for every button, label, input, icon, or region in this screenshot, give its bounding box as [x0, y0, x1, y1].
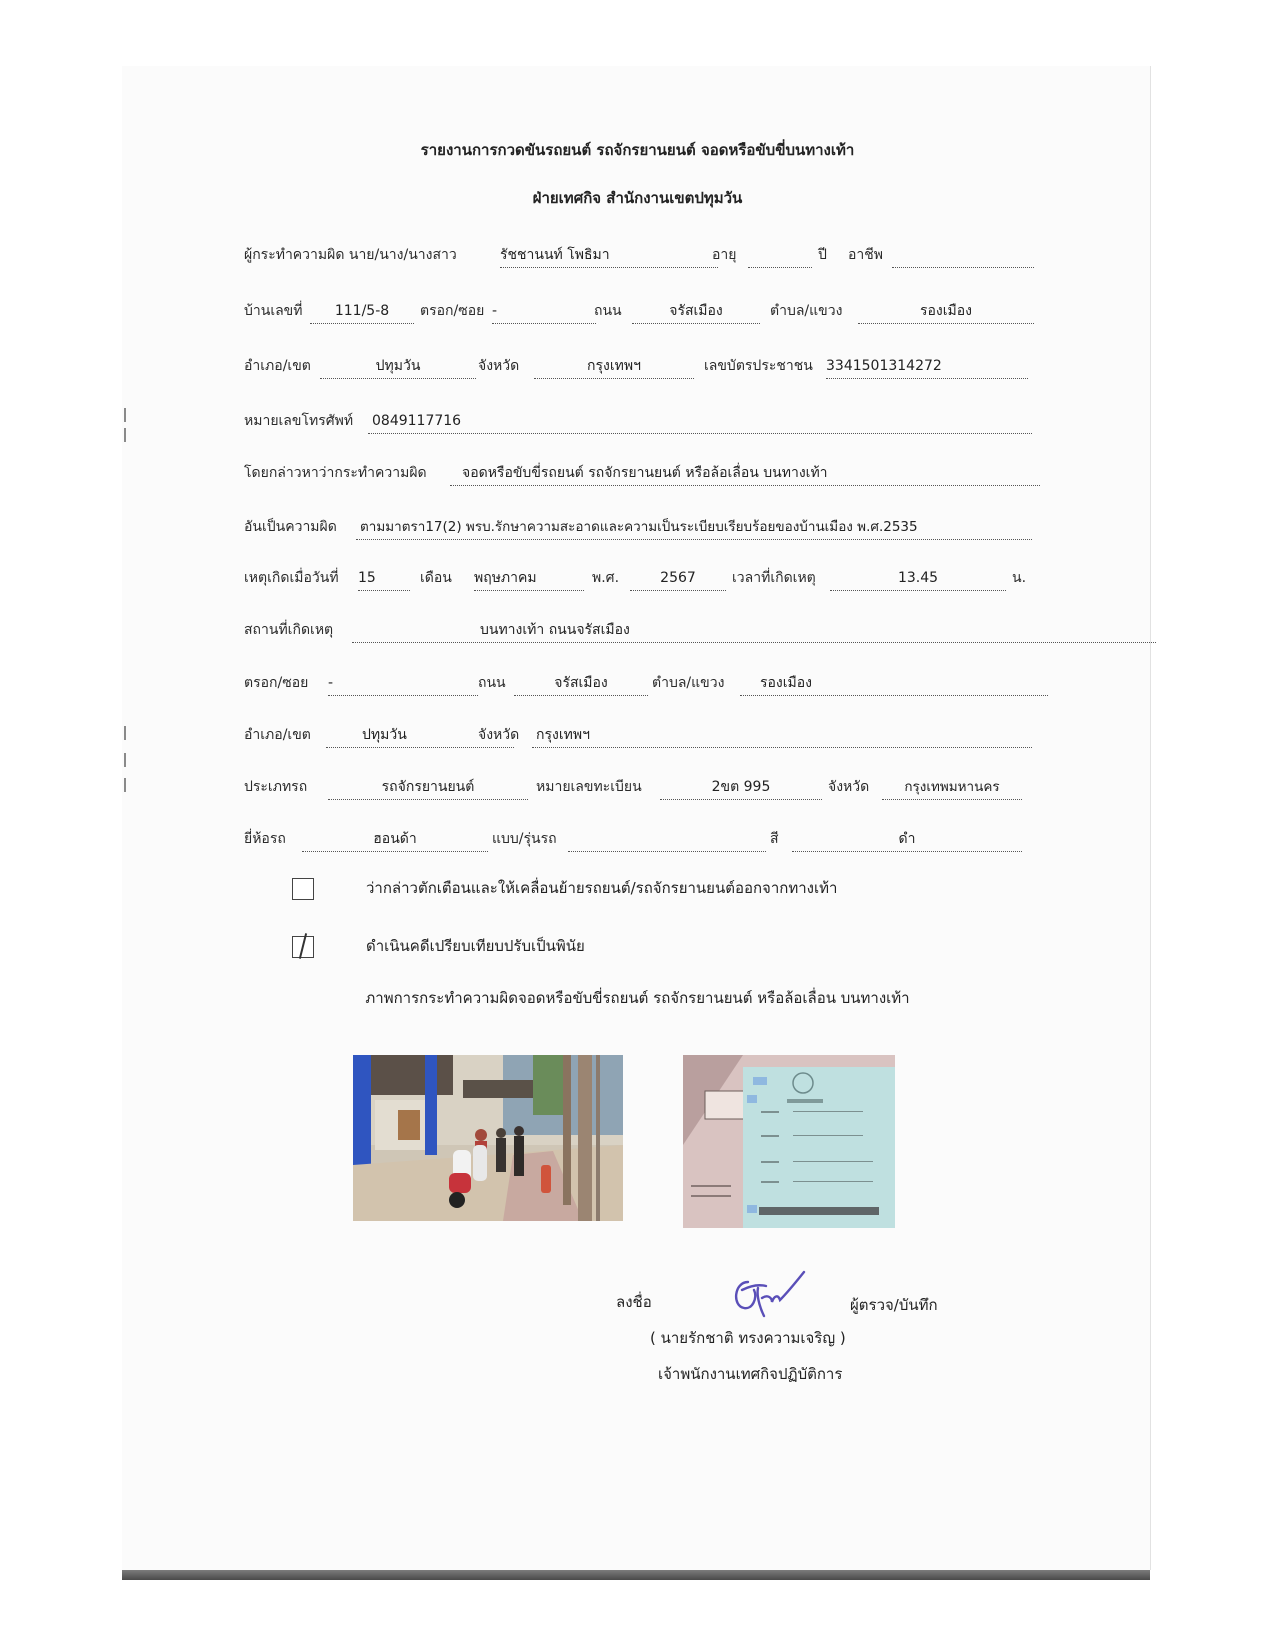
row-vehicle-brand: ยี่ห้อรถ ฮอนด้า แบบ/รุ่นรถ สี ดำ: [252, 824, 1032, 852]
label-subdistrict: ตำบล/แขวง: [770, 300, 842, 322]
field-time[interactable]: 13.45: [830, 566, 1006, 591]
label-accused: โดยกล่าวหาว่ากระทำความผิด: [244, 462, 427, 484]
label-province: จังหวัด: [478, 355, 519, 377]
label-road: ถนน: [594, 300, 622, 322]
field-province[interactable]: กรุงเทพฯ: [534, 354, 694, 379]
label-phone: หมายเลขโทรศัพท์: [244, 410, 353, 432]
field-location[interactable]: บนทางเท้า ถนนจรัสเมือง: [352, 618, 1156, 643]
binder-mark: [124, 726, 126, 740]
field-location-subdistrict[interactable]: รองเมือง: [740, 671, 1048, 696]
label-offender: ผู้กระทำความผิด นาย/นาง/นางสาว: [244, 244, 457, 266]
checkbox-warn[interactable]: [292, 878, 314, 900]
label-id-card: เลขบัตรประชาชน: [704, 355, 813, 377]
label-time: เวลาที่เกิดเหตุ: [732, 567, 816, 589]
field-district[interactable]: ปทุมวัน: [320, 354, 476, 379]
label-district: อำเภอ/เขต: [244, 355, 311, 377]
row-phone: หมายเลขโทรศัพท์ 0849117716: [252, 406, 1032, 434]
row-offender: ผู้กระทำความผิด นาย/นาง/นางสาว รัชชานนท์…: [252, 240, 1032, 268]
label-location: สถานที่เกิดเหตุ: [244, 619, 333, 641]
label-years: ปี: [818, 244, 827, 266]
action-fine-label: ดำเนินคดีเปรียบเทียบปรับเป็นพินัย: [366, 934, 585, 958]
label-soi: ตรอก/ซอย: [420, 300, 484, 322]
checkbox-fine[interactable]: [292, 936, 314, 958]
label-color: สี: [770, 828, 779, 850]
field-occupation[interactable]: [892, 243, 1034, 268]
row-district: อำเภอ/เขต ปทุมวัน จังหวัด กรุงเทพฯ เลขบั…: [252, 351, 1032, 379]
row-location-district: อำเภอ/เขต ปทุมวัน จังหวัด กรุงเทพฯ: [252, 720, 1032, 748]
label-year: พ.ศ.: [592, 567, 619, 589]
field-model[interactable]: [568, 827, 766, 852]
label-month: เดือน: [420, 567, 452, 589]
scanned-page: [122, 66, 1151, 1570]
label-location-road: ถนน: [478, 672, 506, 694]
label-time-unit: น.: [1012, 567, 1026, 589]
row-vehicle-type: ประเภทรถ รถจักรยานยนต์ หมายเลขทะเบียน 2ข…: [252, 772, 1032, 800]
binder-mark: [124, 408, 126, 422]
field-color[interactable]: ดำ: [792, 827, 1022, 852]
field-location-province[interactable]: กรุงเทพฯ: [532, 723, 1032, 748]
field-brand[interactable]: ฮอนด้า: [302, 827, 488, 852]
signature-role: ผู้ตรวจ/บันทึก: [850, 1293, 938, 1317]
evidence-photo-receipt: [683, 1055, 895, 1228]
field-plate-province[interactable]: กรุงเทพมหานคร: [882, 775, 1022, 800]
label-house-no: บ้านเลขที่: [244, 300, 302, 322]
field-violation[interactable]: ตามมาตรา17(2) พรบ.รักษาความสะอาดและความเ…: [356, 515, 1032, 540]
label-location-district: อำเภอ/เขต: [244, 724, 311, 746]
field-month[interactable]: พฤษภาคม: [474, 566, 584, 591]
action-warn-label: ว่ากล่าวตักเตือนและให้เคลื่อนย้ายรถยนต์/…: [366, 876, 837, 900]
field-year[interactable]: 2567: [630, 566, 726, 591]
field-vehicle-type[interactable]: รถจักรยานยนต์: [328, 775, 528, 800]
evidence-photo-street: [353, 1055, 623, 1221]
field-soi[interactable]: -: [492, 299, 596, 324]
signatory-name: ( นายรักชาติ ทรงความเจริญ ): [650, 1326, 846, 1350]
label-violation: อันเป็นความผิด: [244, 516, 337, 538]
field-accused[interactable]: จอดหรือขับขี่รถยนต์ รถจักรยานยนต์ หรือล้…: [450, 461, 1040, 486]
document-subtitle: ฝ่ายเทศกิจ สำนักงานเขตปทุมวัน: [0, 186, 1275, 210]
field-location-road[interactable]: จรัสเมือง: [514, 671, 648, 696]
field-offender-name[interactable]: รัชชานนท์ โพธิมา: [500, 243, 718, 268]
row-location-road: ตรอก/ซอย - ถนน จรัสเมือง ตำบล/แขวง รองเม…: [252, 668, 1032, 696]
label-occupation: อาชีพ: [848, 244, 883, 266]
field-house-no[interactable]: 111/5-8: [310, 299, 414, 324]
photos-caption: ภาพการกระทำความผิดจอดหรือขับขี่รถยนต์ รถ…: [0, 986, 1275, 1010]
label-brand: ยี่ห้อรถ: [244, 828, 286, 850]
label-age: อายุ: [712, 244, 736, 266]
binder-mark: [124, 428, 126, 442]
row-accused: โดยกล่าวหาว่ากระทำความผิด จอดหรือขับขี่ร…: [252, 458, 1032, 486]
field-subdistrict[interactable]: รองเมือง: [858, 299, 1034, 324]
field-id-card[interactable]: 3341501314272: [826, 354, 1028, 379]
row-location: สถานที่เกิดเหตุ บนทางเท้า ถนนจรัสเมือง: [252, 615, 1032, 643]
receipt-document-image: [683, 1055, 895, 1228]
binder-mark: [124, 778, 126, 792]
signature-label: ลงชื่อ: [616, 1290, 652, 1314]
label-location-soi: ตรอก/ซอย: [244, 672, 308, 694]
street-scene-image: [353, 1055, 623, 1221]
label-plate: หมายเลขทะเบียน: [536, 776, 642, 798]
binder-mark: [124, 753, 126, 767]
field-road[interactable]: จรัสเมือง: [632, 299, 760, 324]
row-violation: อันเป็นความผิด ตามมาตรา17(2) พรบ.รักษาคว…: [252, 512, 1032, 540]
row-address: บ้านเลขที่ 111/5-8 ตรอก/ซอย - ถนน จรัสเม…: [252, 296, 1032, 324]
signatory-position: เจ้าพนักงานเทศกิจปฏิบัติการ: [658, 1362, 842, 1386]
signature-mark: [728, 1268, 808, 1320]
label-location-subdistrict: ตำบล/แขวง: [652, 672, 724, 694]
label-model: แบบ/รุ่นรถ: [492, 828, 557, 850]
document-title: รายงานการกวดขันรถยนต์ รถจักรยานยนต์ จอดห…: [0, 138, 1275, 162]
label-vehicle-type: ประเภทรถ: [244, 776, 307, 798]
field-phone[interactable]: 0849117716: [368, 409, 1032, 434]
row-datetime: เหตุเกิดเมื่อวันที่ 15 เดือน พฤษภาคม พ.ศ…: [252, 563, 1032, 591]
field-day[interactable]: 15: [358, 566, 410, 591]
field-age[interactable]: [748, 243, 812, 268]
label-location-province: จังหวัด: [478, 724, 519, 746]
label-plate-province: จังหวัด: [828, 776, 869, 798]
field-location-soi[interactable]: -: [328, 671, 478, 696]
field-plate[interactable]: 2ขต 995: [660, 775, 822, 800]
page-bottom-edge: [122, 1570, 1150, 1580]
label-day: เหตุเกิดเมื่อวันที่: [244, 567, 339, 589]
